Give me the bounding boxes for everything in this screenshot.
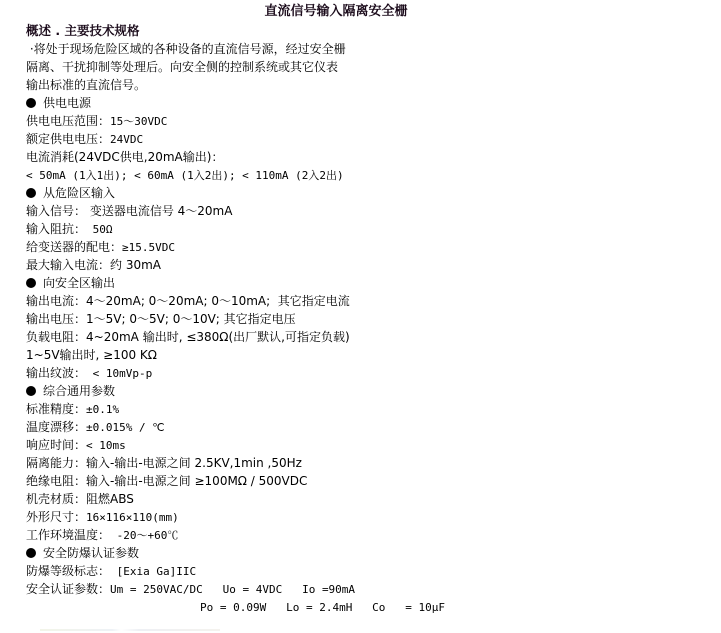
spec-label: 电流消耗(24VDC供电,20mA输出)： bbox=[26, 150, 223, 164]
spec-label: 给变送器的配电： bbox=[26, 240, 122, 254]
spec-value: Um = 250VAC/DC Uo = 4VDC Io =90mA bbox=[110, 583, 355, 596]
spec-row: 给变送器的配电：≥15.5VDC bbox=[26, 238, 686, 256]
spec-row-continuation: Po = 0.09W Lo = 2.4mH Co = 10μF bbox=[26, 598, 686, 616]
spec-value: ≥15.5VDC bbox=[122, 241, 175, 254]
spec-value: < 50mA (1入1出); < 60mA (1入2出); < 110mA (2… bbox=[26, 169, 344, 182]
spec-label: 输出纹波： bbox=[26, 366, 86, 380]
spec-value: 约 30mA bbox=[110, 258, 161, 272]
spec-row: 隔离能力：输入-输出-电源之间 2.5KV,1min ,50Hz bbox=[26, 454, 686, 472]
spec-value: 1~5V输出时, ≥100 KΩ bbox=[26, 348, 157, 362]
section-heading-label: 综合通用参数 bbox=[43, 382, 115, 400]
spec-row: 工作环境温度： -20～+60℃ bbox=[26, 526, 686, 544]
spec-label: 额定供电电压： bbox=[26, 132, 110, 146]
spec-value: 24VDC bbox=[110, 133, 143, 146]
spec-label: 标准精度： bbox=[26, 402, 86, 416]
intro-line: 隔离、干扰抑制等处理后。向安全侧的控制系统或其它仪表 bbox=[26, 58, 686, 76]
spec-value: Po = 0.09W Lo = 2.4mH Co = 10μF bbox=[200, 601, 445, 614]
bullet-icon bbox=[26, 278, 36, 288]
spec-row: 输入阻抗： 50Ω bbox=[26, 220, 686, 238]
spec-label: 防爆等级标志： bbox=[26, 564, 110, 578]
section-heading-safe-output: 向安全区输出 bbox=[26, 274, 686, 292]
intro-line: ·将处于现场危险区域的各种设备的直流信号源，经过安全栅 bbox=[26, 40, 686, 58]
spec-value: 输入-输出-电源之间 ≥100MΩ / 500VDC bbox=[86, 474, 307, 488]
spec-value: [Exia Ga]IIC bbox=[110, 565, 196, 578]
spec-row: 输出电压：1～5V; 0～5V; 0～10V; 其它指定电压 bbox=[26, 310, 686, 328]
spec-label: 输入阻抗： bbox=[26, 222, 86, 236]
spec-row: 绝缘电阻：输入-输出-电源之间 ≥100MΩ / 500VDC bbox=[26, 472, 686, 490]
spec-row: 额定供电电压：24VDC bbox=[26, 130, 686, 148]
spec-value: ±0.015% / ℃ bbox=[86, 421, 165, 434]
spec-label: 最大输入电流： bbox=[26, 258, 110, 272]
section-heading-label: 从危险区输入 bbox=[43, 184, 115, 202]
section-heading-label: 供电电源 bbox=[43, 94, 91, 112]
bullet-icon bbox=[26, 548, 36, 558]
spec-value: 输入-输出-电源之间 2.5KV,1min ,50Hz bbox=[86, 456, 302, 470]
spec-row: 负载电阻：4~20mA 输出时, ≤380Ω(出厂默认,可指定负载) bbox=[26, 328, 686, 346]
spec-row: 机壳材质：阻燃ABS bbox=[26, 490, 686, 508]
spec-label: 外形尺寸： bbox=[26, 510, 86, 524]
spec-value: 15～30VDC bbox=[110, 115, 167, 128]
spec-document: 直流信号输入隔离安全栅 概述 . 主要技术规格 ·将处于现场危险区域的各种设备的… bbox=[0, 0, 721, 633]
page-title: 直流信号输入隔离安全栅 bbox=[0, 4, 672, 20]
spec-label: 响应时间： bbox=[26, 438, 86, 452]
spec-row: 输入信号： 变送器电流信号 4～20mA bbox=[26, 202, 686, 220]
spec-row: 最大输入电流：约 30mA bbox=[26, 256, 686, 274]
spec-row: 电流消耗(24VDC供电,20mA输出)： bbox=[26, 148, 686, 166]
spec-row: 1~5V输出时, ≥100 KΩ bbox=[26, 346, 686, 364]
spec-value: 4~20mA 输出时, ≤380Ω(出厂默认,可指定负载) bbox=[86, 330, 350, 344]
bullet-icon bbox=[26, 98, 36, 108]
section-heading-power-supply: 供电电源 bbox=[26, 94, 686, 112]
section-heading-label: 安全防爆认证参数 bbox=[43, 544, 139, 562]
section-subtitle: 概述 . 主要技术规格 bbox=[26, 22, 686, 40]
spec-label: 输出电流： bbox=[26, 294, 86, 308]
spec-label: 输出电压： bbox=[26, 312, 86, 326]
bullet-icon bbox=[26, 386, 36, 396]
spec-value: 阻燃ABS bbox=[86, 492, 134, 506]
section-heading-hazardous-input: 从危险区输入 bbox=[26, 184, 686, 202]
spec-label: 安全认证参数： bbox=[26, 582, 110, 596]
spec-value: 50Ω bbox=[86, 223, 113, 236]
spec-label: 工作环境温度： bbox=[26, 528, 110, 542]
spec-value: < 10ms bbox=[86, 439, 126, 452]
spec-value: ±0.1% bbox=[86, 403, 119, 416]
spec-label: 供电电压范围： bbox=[26, 114, 110, 128]
spec-row: 输出纹波： < 10mVp-p bbox=[26, 364, 686, 382]
section-heading-label: 向安全区输出 bbox=[43, 274, 115, 292]
section-heading-ex-certification: 安全防爆认证参数 bbox=[26, 544, 686, 562]
document-body: 概述 . 主要技术规格 ·将处于现场危险区域的各种设备的直流信号源，经过安全栅 … bbox=[26, 22, 686, 616]
spec-value: 1～5V; 0～5V; 0～10V; 其它指定电压 bbox=[86, 312, 296, 326]
spec-value: 4～20mA; 0～20mA; 0～10mA; 其它指定电流 bbox=[86, 294, 350, 308]
spec-label: 负载电阻： bbox=[26, 330, 86, 344]
spec-row: 输出电流：4～20mA; 0～20mA; 0～10mA; 其它指定电流 bbox=[26, 292, 686, 310]
spec-label: 温度漂移： bbox=[26, 420, 86, 434]
spec-row: 安全认证参数：Um = 250VAC/DC Uo = 4VDC Io =90mA bbox=[26, 580, 686, 598]
intro-line: 输出标准的直流信号。 bbox=[26, 76, 686, 94]
section-heading-general-params: 综合通用参数 bbox=[26, 382, 686, 400]
spec-row: 温度漂移：±0.015% / ℃ bbox=[26, 418, 686, 436]
spec-row: < 50mA (1入1出); < 60mA (1入2出); < 110mA (2… bbox=[26, 166, 686, 184]
spec-label: 绝缘电阻： bbox=[26, 474, 86, 488]
spec-value: 变送器电流信号 4～20mA bbox=[86, 204, 232, 218]
spec-label: 机壳材质： bbox=[26, 492, 86, 506]
spec-row: 响应时间：< 10ms bbox=[26, 436, 686, 454]
spec-row: 标准精度：±0.1% bbox=[26, 400, 686, 418]
spec-value: -20～+60℃ bbox=[110, 529, 178, 542]
spec-value: 16×116×110(mm) bbox=[86, 511, 179, 524]
faint-footer-artifact bbox=[40, 629, 220, 631]
spec-row: 防爆等级标志： [Exia Ga]IIC bbox=[26, 562, 686, 580]
spec-row: 外形尺寸：16×116×110(mm) bbox=[26, 508, 686, 526]
spec-label: 输入信号： bbox=[26, 204, 86, 218]
spec-row: 供电电压范围：15～30VDC bbox=[26, 112, 686, 130]
spec-value: < 10mVp-p bbox=[86, 367, 152, 380]
bullet-icon bbox=[26, 188, 36, 198]
spec-label: 隔离能力： bbox=[26, 456, 86, 470]
